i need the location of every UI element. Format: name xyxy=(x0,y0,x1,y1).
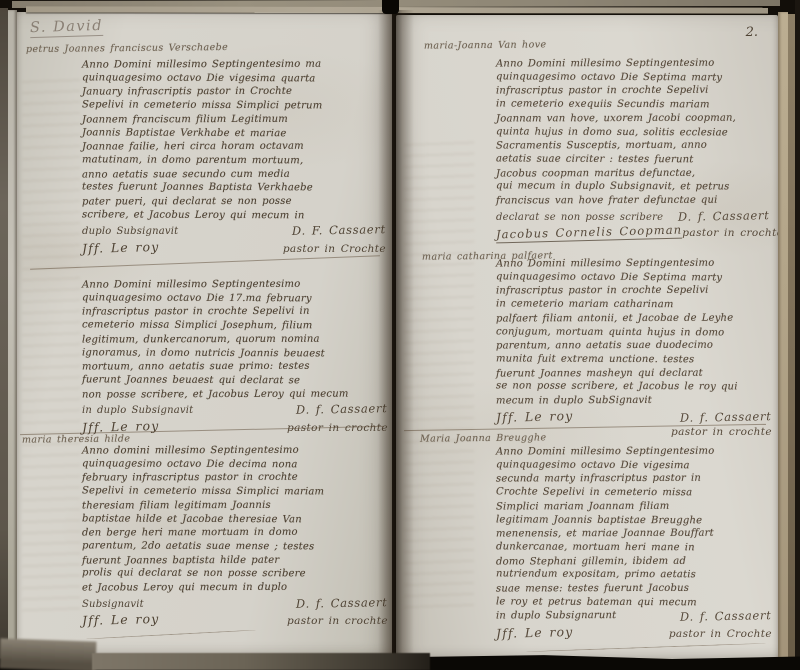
left-page: S. David petrus Joannes franciscus Versc… xyxy=(16,12,392,658)
witness-signature: Jff. Le roy xyxy=(496,625,574,641)
right-book-edge xyxy=(795,0,800,670)
manuscript-line: Sepelivi in cemeterio missa Simplici pet… xyxy=(82,98,386,113)
manuscript-line: february infrascriptus pastor in crochte xyxy=(82,471,388,486)
burial-entry: petrus Joannes franciscus Verschaebe Ann… xyxy=(82,58,386,257)
manuscript-line: menenensis, et mariae Joannae Bouffart xyxy=(496,527,772,542)
manuscript-line: secunda marty infrascriptus pastor in xyxy=(496,472,772,487)
page-number: 2. xyxy=(746,25,758,40)
burial-entry: Anno Domini millesimo Septingentesimoqui… xyxy=(82,278,388,436)
priest-signature: D. f. Cassaert xyxy=(296,403,388,418)
manuscript-line: Sacramentis Susceptis, mortuam, anno xyxy=(496,139,770,154)
manuscript-line: conjugum, mortuam quinta hujus in domo xyxy=(496,325,772,340)
separator-flourish xyxy=(30,255,380,269)
witness-signature: Jff. Le roy xyxy=(496,409,574,425)
witness-signature: Jff. Le roy xyxy=(82,240,160,256)
manuscript-line: prolis qui declarat se non posse scriber… xyxy=(82,567,388,582)
priest-title: pastor in crochte xyxy=(682,227,783,241)
manuscript-line: qui mecum in duplo Subsignavit, et petru… xyxy=(496,180,770,195)
manuscript-line: Joannem franciscum filium Legitimum xyxy=(82,112,386,127)
entry-body: Anno Domini millesimo Septingentesimo ma… xyxy=(82,58,386,222)
manuscript-line: legitimam Joannis baptistae Breugghe xyxy=(496,513,772,528)
manuscript-line: cemeterio missa Simplici Josephum, filiu… xyxy=(82,318,388,333)
priest-title: pastor in crochte xyxy=(671,426,772,440)
manuscript-line: Anno Domini millesimo Septingentesimo ma xyxy=(82,57,386,72)
manuscript-line: in cemeterio exequiis Secundis mariam xyxy=(496,98,770,113)
section-header: S. David xyxy=(30,18,104,38)
gutter-notch xyxy=(382,0,399,14)
manuscript-line: munita fuit extrema unctione. testes xyxy=(496,352,772,367)
burial-entry: maria-Joanna Van hove Anno Domini milles… xyxy=(496,57,770,241)
margin-name: maria-Joanna Van hove xyxy=(424,39,547,51)
manuscript-line: pater pueri, qui declarat se non posse xyxy=(82,195,386,210)
bottom-cloth-fold xyxy=(0,638,96,670)
manuscript-line: Joannis Baptistae Verkhabe et mariae xyxy=(82,126,386,141)
burial-entry: maria theresia hilde Anno domini millesi… xyxy=(82,444,388,629)
manuscript-line: Anno Domini millesimo Septingentesimo xyxy=(496,445,772,460)
signature-row: Jff. Le roy D. f. Cassaert xyxy=(496,410,772,425)
manuscript-line: franciscus van hove frater defunctae qui xyxy=(496,194,770,209)
priest-signature: D. F. Cassaert xyxy=(292,224,386,239)
manuscript-line: se non posse scribere, et Jacobus le roy… xyxy=(496,380,772,395)
margin-name: petrus Joannes franciscus Verschaebe xyxy=(26,42,228,55)
signature-row: in duplo Subsignavit D. f. Cassaert xyxy=(82,403,388,418)
margin-name: Maria Joanna Breugghe xyxy=(420,432,547,444)
manuscript-line: Anno Domini millesimo Septingentesimo xyxy=(496,57,770,72)
manuscript-line: non posse scribere, et Jacobus Leroy qui… xyxy=(82,387,388,402)
manuscript-line: testes fuerunt Joannes Baptista Verkhaeb… xyxy=(82,181,386,196)
manuscript-line: den berge heri mane mortuam in domo xyxy=(82,526,388,541)
signature-row: Subsignavit D. f. Cassaert xyxy=(82,597,388,612)
entry-body: Anno Domini millesimo Septingentesimoqui… xyxy=(82,278,388,401)
signature-flourish xyxy=(526,643,766,652)
entry-body: Anno Domini millesimo Septingentesimoqui… xyxy=(496,445,772,623)
signature-row: declarat se non posse scribere D. f. Cas… xyxy=(496,210,770,225)
signature-row: duplo Subsignavit D. F. Cassaert xyxy=(82,224,386,239)
manuscript-line: January infrascriptis pastor in Crochte xyxy=(82,85,386,100)
burial-entry: maria catharina palfaert Anno Domini mil… xyxy=(496,257,772,440)
manuscript-line: Sepelivi in cemeterio missa Simplici mar… xyxy=(82,484,388,499)
ink-bleedthrough xyxy=(404,135,474,615)
manuscript-line: fuerunt Joannes beuaest qui declarat se xyxy=(82,373,388,388)
signature-row: Jff. Le roy pastor in crochte xyxy=(82,613,388,629)
priest-signature: D. f. Cassaert xyxy=(678,209,770,224)
entry-body: Anno Domini millesimo Septingentesimoqui… xyxy=(496,257,772,408)
manuscript-line: infrascriptus pastor in crochte Sepelivi… xyxy=(82,305,388,320)
manuscript-line: legitimum, dunkercanorum, quorum nomina xyxy=(82,332,388,347)
priest-title: pastor in crochte xyxy=(287,422,388,436)
manuscript-line: scribere, et Jacobus Leroy qui mecum in xyxy=(82,208,386,223)
manuscript-line: aetatis suae circiter : testes fuerunt xyxy=(496,152,770,167)
entry-body: Anno domini millesimo Septingentesimoqui… xyxy=(82,444,388,595)
right-page: 2. maria-Joanna Van hove Anno Domini mil… xyxy=(396,15,778,661)
manuscript-line: suae mense: testes fuerunt Jacobus xyxy=(496,582,772,597)
manuscript-line: quinta hujus in domo sua, solitis eccles… xyxy=(496,125,770,140)
manuscript-line: mecum in duplo SubSignavit xyxy=(496,394,772,409)
manuscript-line: infrascriptus pastor in crochte Sepelivi xyxy=(496,84,770,99)
manuscript-line: nutriendum expositam, primo aetatis xyxy=(496,568,772,583)
manuscript-line: Anno domini millesimo Septingentesimo xyxy=(82,443,388,458)
priest-signature: D. f. Cassaert xyxy=(680,609,772,624)
priest-signature: D. f. Cassaert xyxy=(296,596,388,611)
right-page-edges-inner xyxy=(788,14,795,662)
manuscript-line: Joannam van hove, uxorem Jacobi coopman, xyxy=(496,111,770,126)
witness-signature: Jacobus Cornelis Coopman xyxy=(496,224,683,244)
manuscript-line: et Jacobus Leroy qui mecum in duplo xyxy=(82,580,388,595)
left-book-edge xyxy=(0,8,8,660)
left-page-edges xyxy=(8,10,17,658)
closing-words: Subsignavit xyxy=(82,598,144,612)
manuscript-line: Simplici mariam Joannam filiam xyxy=(496,499,772,514)
witness-signature: Jff. Le roy xyxy=(82,612,160,628)
manuscript-line: parentum, anno aetatis suae duodecimo xyxy=(496,339,772,354)
manuscript-line: Crochte Sepelivi in cemeterio missa xyxy=(496,486,772,501)
closing-words: duplo Subsignavit xyxy=(82,225,178,239)
manuscript-line: mortuum, anno aetatis suae primo: testes xyxy=(82,360,388,375)
closing-words: in duplo Subsignavit xyxy=(82,404,193,418)
right-page-edges xyxy=(778,12,788,662)
manuscript-line: palfaert filiam antonii, et Jacobae de L… xyxy=(496,311,772,326)
manuscript-line: Anno Domini millesimo Septingentesimo xyxy=(496,257,772,272)
manuscript-line: dunkercanae, mortuam heri mane in xyxy=(496,540,772,555)
manuscript-line: theresiam filiam legitimam Joannis xyxy=(82,498,388,513)
priest-title: pastor in Crochte xyxy=(669,628,772,642)
manuscript-line: infrascriptus pastor in crochte Sepelivi xyxy=(496,284,772,299)
ink-bleedthrough xyxy=(22,72,80,612)
manuscript-line: Anno Domini millesimo Septingentesimo xyxy=(82,277,388,292)
signature-row: Jff. Le roy pastor in Crochte xyxy=(82,241,386,257)
signature-row: Jff. Le roy pastor in Crochte xyxy=(496,626,772,642)
manuscript-line: parentum, 2do aetatis suae mense ; teste… xyxy=(82,539,388,554)
priest-signature: D. f. Cassaert xyxy=(680,410,772,425)
signature-row: Jacobus Cornelis Coopman pastor in croch… xyxy=(496,226,770,241)
manuscript-line: Joannae failie, heri circa horam octavam xyxy=(82,140,386,155)
burial-entry: Maria Joanna Breugghe Anno Domini milles… xyxy=(496,445,772,642)
bottom-cloth-fold xyxy=(92,653,430,670)
priest-title: pastor in crochte xyxy=(287,615,388,629)
signature-flourish xyxy=(86,630,256,640)
manuscript-line: matutinam, in domo parentum mortuum, xyxy=(82,153,386,168)
manuscript-line: in cemeterio mariam catharinam xyxy=(496,298,772,313)
entry-body: Anno Domini millesimo Septingentesimoqui… xyxy=(496,57,770,208)
manuscript-photo: S. David petrus Joannes franciscus Versc… xyxy=(0,0,800,670)
closing-words: declarat se non posse scribere xyxy=(496,211,663,225)
